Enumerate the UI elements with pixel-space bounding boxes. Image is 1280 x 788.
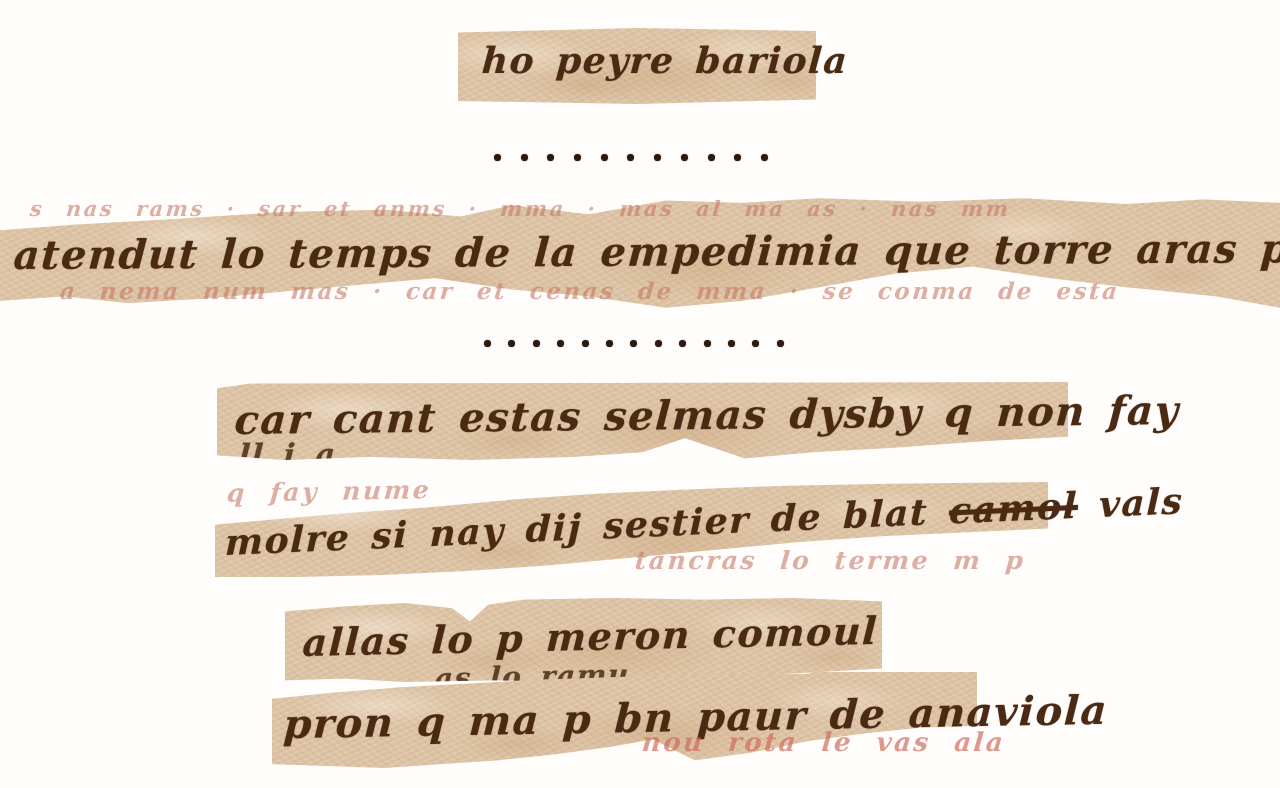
faded-bleedthrough-line: nou rota le vas ala (641, 728, 1007, 758)
dot (557, 340, 564, 347)
faded-bleedthrough-line: q fay nume (226, 475, 432, 508)
dot (606, 340, 613, 347)
dot (708, 154, 715, 161)
dot (655, 340, 662, 347)
handwritten-line: car cant estas selmas dysby q non fay (233, 387, 1181, 444)
dot (734, 154, 741, 161)
dot (679, 340, 686, 347)
manuscript-fragment-6: pron q ma p bn paur de anaviola nou rota… (272, 672, 977, 768)
dot (521, 154, 528, 161)
dot (681, 154, 688, 161)
dot (761, 154, 768, 161)
dot (547, 154, 554, 161)
dot (484, 340, 491, 347)
struck-out-word: camol (949, 485, 1079, 533)
text-segment: vals (1077, 480, 1184, 527)
dot (533, 340, 540, 347)
dot (494, 154, 501, 161)
dot (654, 154, 661, 161)
handwritten-line: ho peyre bariola (481, 40, 850, 82)
dot (777, 340, 784, 347)
dot (601, 154, 608, 161)
handwritten-line: atendut lo temps de la empedimia que tor… (12, 224, 1280, 279)
dot (508, 340, 515, 347)
faded-bleedthrough-line: a nema num mas · car et cenas de mma · s… (59, 278, 1121, 305)
manuscript-fragment-4: q fay nume molre si nay dij sestier de b… (215, 480, 1048, 577)
dot (627, 154, 634, 161)
manuscript-fragment-3: ll i a car cant estas selmas dysby q non… (217, 382, 1068, 460)
dot (728, 340, 735, 347)
manuscript-fragment-2: s nas rams · sar et anms · mma · mas al … (0, 196, 1280, 310)
dot (582, 340, 589, 347)
manuscript-fragment-5: as lo ramu allas lo p meron comoul (285, 598, 882, 682)
dot (630, 340, 637, 347)
dot (752, 340, 759, 347)
ellipsis-separator-2 (484, 338, 784, 348)
dot (574, 154, 581, 161)
ellipsis-separator-1 (494, 152, 768, 162)
manuscript-fragment-1: ho peyre bariola (458, 28, 816, 104)
faded-bleedthrough-line: tancras lo terme m p (634, 546, 1027, 575)
faded-bleedthrough-line: s nas rams · sar et anms · mma · mas al … (29, 196, 1012, 221)
dot (704, 340, 711, 347)
